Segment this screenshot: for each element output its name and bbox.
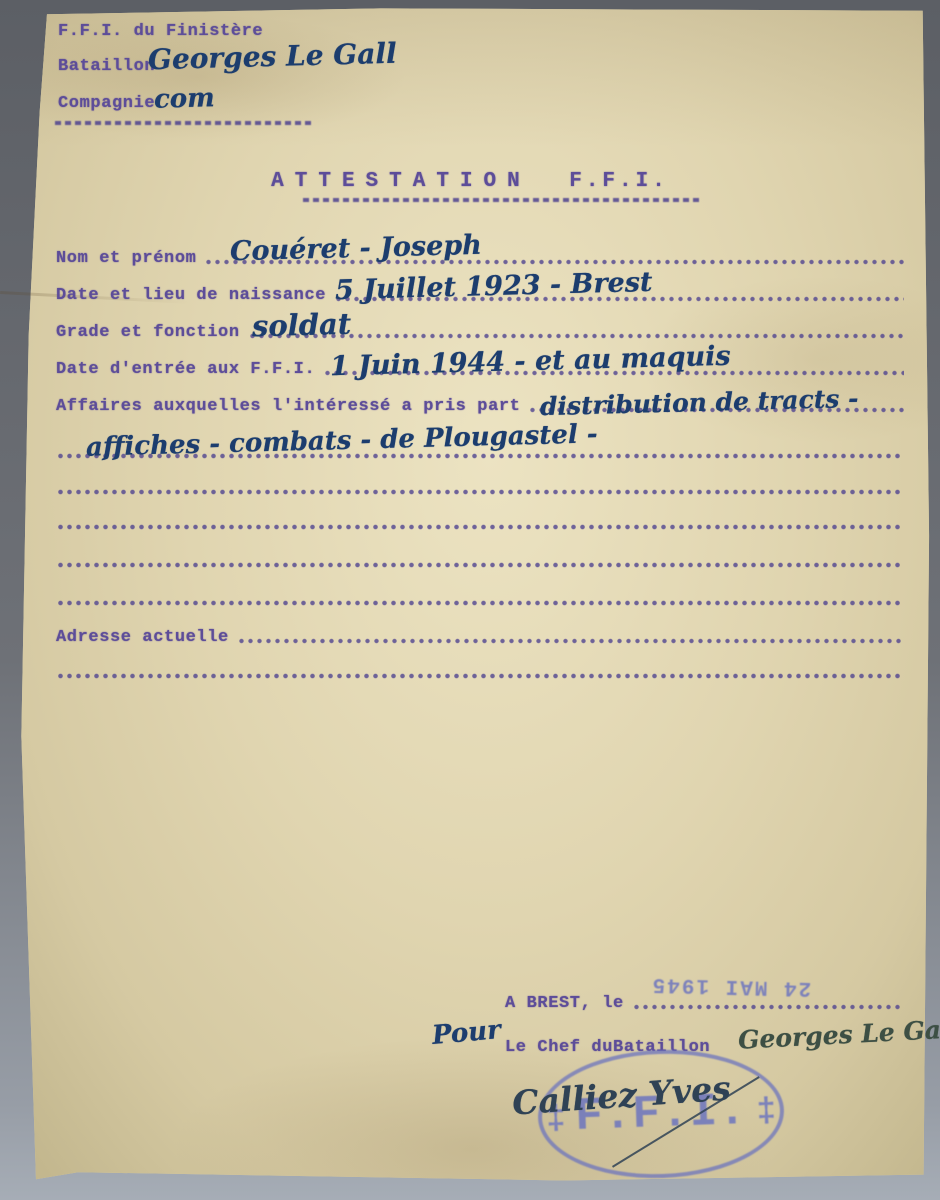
field-label: Date et lieu de naissance xyxy=(56,286,326,305)
dotted-line xyxy=(56,488,904,496)
place-label: A BREST, le xyxy=(505,994,624,1013)
dotted-line xyxy=(56,523,904,531)
field-label: Grade et fonction xyxy=(56,323,240,342)
dotted-line xyxy=(56,561,904,569)
title-text: ATTESTATION xyxy=(271,170,531,193)
cross-of-lorraine-icon: ‡ xyxy=(756,1091,776,1131)
title-underline xyxy=(303,198,701,202)
bataillon-handwritten-value: Georges Le Gall xyxy=(148,37,397,76)
org-line: F.F.I. du Finistère xyxy=(58,22,263,41)
field-label: Nom et prénom xyxy=(56,249,196,268)
field-label: Affaires auxquelles l'intéressé a pris p… xyxy=(56,397,520,416)
date-stamp: 24 MAI 1945 xyxy=(636,972,827,1000)
field-row-grade: Grade et fonction xyxy=(56,320,904,342)
header-divider xyxy=(55,121,313,125)
dotted-line xyxy=(56,599,904,607)
dotted-line xyxy=(56,672,904,680)
title-suffix: F.F.I. xyxy=(569,170,669,193)
field-label: Adresse actuelle xyxy=(56,628,229,647)
field-value-grade: soldat xyxy=(252,307,352,344)
field-value-nom: Couéret - Joseph xyxy=(230,230,483,268)
pour-handwritten: Pour xyxy=(431,1015,502,1051)
document-content: F.F.I. du Finistère Bataillon Georges Le… xyxy=(0,0,940,1200)
dotted-leader xyxy=(632,1003,904,1011)
document-photo: F.F.I. du Finistère Bataillon Georges Le… xyxy=(0,0,940,1200)
signature-georges-le-gall: Georges Le Gall xyxy=(737,1014,940,1055)
compagnie-handwritten-value: com xyxy=(154,83,215,115)
compagnie-label: Compagnie xyxy=(58,94,155,113)
bataillon-label: Bataillon xyxy=(58,57,155,76)
field-label: Date d'entrée aux F.F.I. xyxy=(56,360,315,379)
dotted-leader xyxy=(237,637,904,645)
field-row-adresse: Adresse actuelle xyxy=(56,625,904,647)
title-block: ATTESTATION F.F.I. xyxy=(0,170,940,193)
